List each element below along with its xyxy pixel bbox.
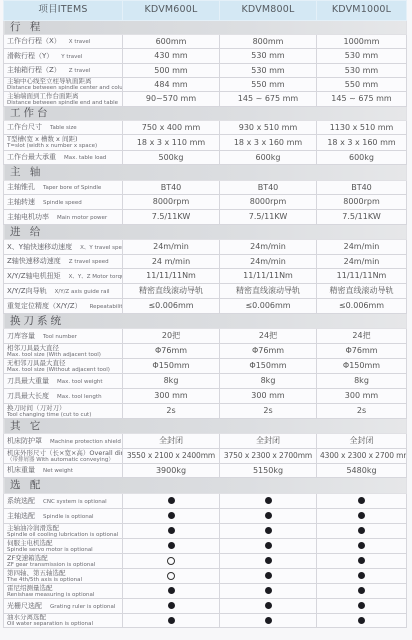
value-cell: 11/11/11Nm xyxy=(220,269,317,284)
label-en: Max. table load xyxy=(64,155,106,161)
table-row: 伺服主电机选配Spindle servo motor is optional xyxy=(4,539,407,554)
label-cn: 刀具最大重量 xyxy=(7,377,49,385)
section-feed: 进 给 xyxy=(4,225,407,240)
option-cell xyxy=(123,524,220,539)
value-cell: ≤0.006mm xyxy=(317,299,407,314)
row-label: 伺服主电机选配Spindle servo motor is optional xyxy=(4,539,123,554)
value-cell: 8kg xyxy=(317,374,407,389)
option-cell xyxy=(317,494,407,509)
standard-dot-icon xyxy=(358,572,365,579)
row-label: 系统选配CNC system is optional xyxy=(4,494,123,509)
label-en: Repeatability(X/Y/Z) xyxy=(90,304,123,310)
row-label: 主轴端面到工作台面距离Distance between spindle end … xyxy=(4,92,123,107)
table-row: 工作台尺寸Table size750 x 400 mm930 x 510 mm1… xyxy=(4,121,407,135)
value-cell: Φ150mm xyxy=(123,359,220,374)
value-cell: 145 ~ 675 mm xyxy=(220,92,317,107)
row-label: 重复定位精度（X/Y/Z）Repeatability(X/Y/Z) xyxy=(4,299,123,314)
value-cell: 5150kg xyxy=(220,464,317,478)
standard-dot-icon xyxy=(265,602,272,609)
label-cn: 伺服主电机选配 xyxy=(7,540,119,547)
option-cell xyxy=(123,509,220,524)
standard-dot-icon xyxy=(265,512,272,519)
label-en: Max. tool size (With adjacent tool) xyxy=(7,352,119,358)
label-en: X、Y、Z Motor torque xyxy=(69,274,123,280)
table-row: 主轴油冷润滑选配Spindle oil cooling lubrication … xyxy=(4,524,407,539)
value-cell: 4300 x 2300 x 2700 mm xyxy=(317,449,407,464)
option-cell xyxy=(123,569,220,584)
row-label: 主轴箱行程（Z）Z travel xyxy=(4,64,123,78)
row-label: 刀具最大重量Max. tool weight xyxy=(4,374,123,389)
value-cell: Φ76mm xyxy=(317,344,407,359)
option-cell xyxy=(317,569,407,584)
row-label: 滑鞍行程（Y）Y travel xyxy=(4,49,123,64)
table-row: 光栅尺选配Grating ruler is optional xyxy=(4,599,407,614)
table-row: X、Y轴快速移动速度X、Y travel speed24m/min24m/min… xyxy=(4,240,407,255)
table-row: X/Y/Z向导轨X/Y/Z axis guide rail精密直线滚动导轨精密直… xyxy=(4,284,407,299)
table-row: 机床防护罩Machine protection shield全封闭全封闭全封闭 xyxy=(4,434,407,449)
standard-dot-icon xyxy=(168,602,175,609)
row-label: X/Y/Z轴电机扭矩X、Y、Z Motor torque xyxy=(4,269,123,284)
option-cell xyxy=(220,599,317,614)
value-cell: 24把 xyxy=(317,329,407,344)
label-en: Main motor power xyxy=(57,215,107,221)
row-label: 主轴锥孔Taper bore of Spindle xyxy=(4,181,123,195)
table-row: 主轴锥孔Taper bore of SpindleBT40BT40BT40 xyxy=(4,181,407,195)
label-cn: 工作台尺寸 xyxy=(7,123,42,131)
section-travel: 行 程 xyxy=(4,21,407,35)
section-toolchange: 换刀系统 xyxy=(4,314,407,329)
row-label: 工作台最大承重Max. table load xyxy=(4,151,123,165)
table-row: X/Y/Z轴电机扭矩X、Y、Z Motor torque11/11/11Nm11… xyxy=(4,269,407,284)
label-cn: 主轴转速 xyxy=(7,198,35,206)
option-cell xyxy=(220,569,317,584)
items-header: 项目ITEMS xyxy=(4,1,123,21)
value-cell: 145 ~ 675 mm xyxy=(317,92,407,107)
label-en: Z travel speed xyxy=(69,259,109,265)
option-cell xyxy=(220,614,317,628)
value-cell: 1000mm xyxy=(317,35,407,49)
value-cell: 484 mm xyxy=(123,78,220,92)
option-cell xyxy=(317,539,407,554)
standard-dot-icon xyxy=(358,557,365,564)
label-cn: 系统选配 xyxy=(7,497,35,505)
standard-dot-icon xyxy=(168,527,175,534)
value-cell: 600kg xyxy=(317,151,407,165)
section-title: 选 配 xyxy=(4,478,407,494)
value-cell: 24m/min xyxy=(220,240,317,255)
value-cell: 300 mm xyxy=(123,389,220,404)
standard-dot-icon xyxy=(168,542,175,549)
section-title: 行 程 xyxy=(4,21,407,35)
label-en: Max. tool size (Without adjacent tool) xyxy=(7,367,119,373)
label-en: Distance between spindle end and table xyxy=(7,100,119,106)
label-cn: 光栅尺选配 xyxy=(7,602,42,610)
row-label: 主轴转速Spindle speed xyxy=(4,195,123,210)
standard-dot-icon xyxy=(265,617,272,624)
label-cn: 机床重量 xyxy=(7,466,35,474)
option-cell xyxy=(123,584,220,599)
option-cell xyxy=(317,524,407,539)
model-header-2: KDVM800L xyxy=(220,1,317,21)
standard-dot-icon xyxy=(168,512,175,519)
standard-dot-icon xyxy=(168,497,175,504)
label-en: Tool number xyxy=(43,334,77,340)
value-cell: 7.5/11KW xyxy=(317,210,407,225)
section-title: 其 它 xyxy=(4,419,407,434)
label-cn: 主轴锥孔 xyxy=(7,183,35,191)
table-row: 换刀时间（刀对刀）Tool changing time (cut to cut)… xyxy=(4,404,407,419)
table-row: 主轴选配Spindle is optional xyxy=(4,509,407,524)
row-label: T型槽(宽 x 槽数 x 间距)T=slot (width x number x… xyxy=(4,135,123,151)
option-cell xyxy=(123,554,220,569)
row-label: 相邻刀具最大直径Max. tool size (With adjacent to… xyxy=(4,344,123,359)
label-en: Y travel xyxy=(61,54,82,60)
row-label: 主轴中心线至立柱导轨面距离Distance between spindle ce… xyxy=(4,78,123,92)
label-en: Spindle oil cooling lubrication is optio… xyxy=(7,532,119,538)
row-label: 第四轴、第五轴选配The 4th/5th axis is optional xyxy=(4,569,123,584)
value-cell: 24 m/min xyxy=(123,255,220,269)
option-cell xyxy=(317,614,407,628)
label-cn: 主轴选配 xyxy=(7,512,35,520)
value-cell: 600mm xyxy=(123,35,220,49)
table-row: 刀库容量Tool number20把24把24把 xyxy=(4,329,407,344)
value-cell: 24m/min xyxy=(317,240,407,255)
standard-dot-icon xyxy=(265,527,272,534)
value-cell: 530 mm xyxy=(220,49,317,64)
value-cell: 18 x 3 x 160 mm xyxy=(317,135,407,151)
value-cell: 全封闭 xyxy=(220,434,317,449)
row-label: 工作台行程（X）X travel xyxy=(4,35,123,49)
value-cell: 18 x 3 x 160 mm xyxy=(220,135,317,151)
standard-dot-icon xyxy=(358,497,365,504)
table-row: 刀具最大重量Max. tool weight8kg8kg8kg xyxy=(4,374,407,389)
value-cell: 5480kg xyxy=(317,464,407,478)
option-cell xyxy=(220,524,317,539)
option-cell xyxy=(220,554,317,569)
value-cell: BT40 xyxy=(220,181,317,195)
table-row: ZF变速箱选配ZF gear transmission is optional xyxy=(4,554,407,569)
label-cn: 机床外形尺寸（长×宽×高）Overall dimension(L×W×H) xyxy=(7,450,119,457)
label-cn: 刀具最大长度 xyxy=(7,392,49,400)
option-cell xyxy=(123,494,220,509)
value-cell: 8kg xyxy=(123,374,220,389)
label-cn: 滑鞍行程（Y） xyxy=(7,52,53,60)
value-cell: 3750 x 2300 x 2700mm xyxy=(220,449,317,464)
option-cell xyxy=(220,539,317,554)
header-row: 项目ITEMS KDVM600L KDVM800L KDVM1000L xyxy=(4,1,407,21)
standard-dot-icon xyxy=(265,587,272,594)
label-cn: Z轴快速移动速度 xyxy=(7,257,61,265)
table-row: 机床重量Net weight3900kg5150kg5480kg xyxy=(4,464,407,478)
label-cn: X、Y轴快速移动速度 xyxy=(7,243,72,251)
standard-dot-icon xyxy=(358,527,365,534)
value-cell: 750 x 400 mm xyxy=(123,121,220,135)
value-cell: 8kg xyxy=(220,374,317,389)
spec-table: 项目ITEMS KDVM600L KDVM800L KDVM1000L 行 程工… xyxy=(3,0,407,628)
row-label: 无相邻刀具最大直径Max. tool size (Without adjacen… xyxy=(4,359,123,374)
value-cell: 7.5/11KW xyxy=(123,210,220,225)
label-cn: 工作台最大承重 xyxy=(7,153,56,161)
value-cell: 全封闭 xyxy=(123,434,220,449)
section-title: 主 轴 xyxy=(4,165,407,181)
row-label: 雷尼绍测量选配Renishaw measuring is optional xyxy=(4,584,123,599)
label-en: X/Y/Z axis guide rail xyxy=(55,289,110,295)
label-cn: 重复定位精度（X/Y/Z） xyxy=(7,302,82,310)
value-cell: 24m/min xyxy=(220,255,317,269)
value-cell: ≤0.006mm xyxy=(220,299,317,314)
label-en: （带排屑器 With automatic conveying） xyxy=(7,457,119,463)
label-cn: 主轴中心线至立柱导轨面距离 xyxy=(7,78,119,85)
value-cell: 550 mm xyxy=(220,78,317,92)
label-en: Z travel xyxy=(69,68,90,74)
option-cell xyxy=(317,509,407,524)
label-cn: 刀库容量 xyxy=(7,332,35,340)
table-row: 系统选配CNC system is optional xyxy=(4,494,407,509)
label-en: Max. tool weight xyxy=(57,379,103,385)
row-label: 机床防护罩Machine protection shield xyxy=(4,434,123,449)
value-cell: Φ76mm xyxy=(123,344,220,359)
label-cn: 相邻刀具最大直径 xyxy=(7,345,119,352)
label-cn: T型槽(宽 x 槽数 x 间距) xyxy=(7,136,119,143)
row-label: 光栅尺选配Grating ruler is optional xyxy=(4,599,123,614)
table-row: 油水分离选配Oil water separation is optional xyxy=(4,614,407,628)
standard-dot-icon xyxy=(168,587,175,594)
section-table: 工作台 xyxy=(4,107,407,121)
optional-circle-icon xyxy=(167,557,175,565)
option-cell xyxy=(317,584,407,599)
table-row: 机床外形尺寸（长×宽×高）Overall dimension(L×W×H)（带排… xyxy=(4,449,407,464)
row-label: 主轴油冷润滑选配Spindle oil cooling lubrication … xyxy=(4,524,123,539)
value-cell: 2s xyxy=(317,404,407,419)
value-cell: 530 mm xyxy=(317,64,407,78)
value-cell: 24把 xyxy=(220,329,317,344)
standard-dot-icon xyxy=(168,617,175,624)
label-en: X、Y travel speed xyxy=(80,245,122,251)
label-cn: 第四轴、第五轴选配 xyxy=(7,570,119,577)
label-cn: X/Y/Z向导轨 xyxy=(7,287,47,295)
table-row: 重复定位精度（X/Y/Z）Repeatability(X/Y/Z)≤0.006m… xyxy=(4,299,407,314)
table-row: 相邻刀具最大直径Max. tool size (With adjacent to… xyxy=(4,344,407,359)
value-cell: 600kg xyxy=(220,151,317,165)
table-row: 无相邻刀具最大直径Max. tool size (Without adjacen… xyxy=(4,359,407,374)
section-options: 选 配 xyxy=(4,478,407,494)
standard-dot-icon xyxy=(265,542,272,549)
label-en: The 4th/5th axis is optional xyxy=(7,577,119,583)
row-label: ZF变速箱选配ZF gear transmission is optional xyxy=(4,554,123,569)
table-row: Z轴快速移动速度Z travel speed24 m/min24m/min24m… xyxy=(4,255,407,269)
standard-dot-icon xyxy=(265,572,272,579)
section-other: 其 它 xyxy=(4,419,407,434)
value-cell: 11/11/11Nm xyxy=(123,269,220,284)
row-label: 换刀时间（刀对刀）Tool changing time (cut to cut) xyxy=(4,404,123,419)
table-row: 主轴转速Spindle speed8000rpm8000rpm8000rpm xyxy=(4,195,407,210)
label-cn: 主轴端面到工作台面距离 xyxy=(7,93,119,100)
label-cn: 主轴箱行程（Z） xyxy=(7,66,61,74)
value-cell: 550 mm xyxy=(317,78,407,92)
value-cell: 530 mm xyxy=(220,64,317,78)
value-cell: 930 x 510 mm xyxy=(220,121,317,135)
value-cell: 20把 xyxy=(123,329,220,344)
table-row: 刀具最大长度Max. tool length300 mm300 mm300 mm xyxy=(4,389,407,404)
value-cell: 430 mm xyxy=(123,49,220,64)
value-cell: 全封闭 xyxy=(317,434,407,449)
standard-dot-icon xyxy=(265,557,272,564)
value-cell: 300 mm xyxy=(220,389,317,404)
table-row: 主轴电机功率Main motor power7.5/11KW7.5/11KW7.… xyxy=(4,210,407,225)
row-label: 工作台尺寸Table size xyxy=(4,121,123,135)
table-row: 工作台最大承重Max. table load500kg600kg600kg xyxy=(4,151,407,165)
value-cell: BT40 xyxy=(317,181,407,195)
value-cell: Φ76mm xyxy=(220,344,317,359)
option-cell xyxy=(317,554,407,569)
value-cell: 2s xyxy=(220,404,317,419)
label-cn: 主轴电机功率 xyxy=(7,213,49,221)
value-cell: 3900kg xyxy=(123,464,220,478)
value-cell: 24m/min xyxy=(317,255,407,269)
value-cell: 11/11/11Nm xyxy=(317,269,407,284)
label-en: Machine protection shield xyxy=(50,439,121,445)
value-cell: Φ150mm xyxy=(317,359,407,374)
value-cell: 精密直线滚动导轨 xyxy=(220,284,317,299)
table-row: 主轴箱行程（Z）Z travel500 mm530 mm530 mm xyxy=(4,64,407,78)
label-en: Grating ruler is optional xyxy=(50,604,115,610)
model-header-1: KDVM600L xyxy=(123,1,220,21)
option-cell xyxy=(317,599,407,614)
label-en: Spindle is optional xyxy=(43,514,94,520)
label-cn: 主轴油冷润滑选配 xyxy=(7,525,119,532)
row-label: 主轴选配Spindle is optional xyxy=(4,509,123,524)
model-header-3: KDVM1000L xyxy=(317,1,407,21)
table-row: 主轴端面到工作台面距离Distance between spindle end … xyxy=(4,92,407,107)
option-cell xyxy=(220,584,317,599)
label-cn: 工作台行程（X） xyxy=(7,37,61,45)
standard-dot-icon xyxy=(265,497,272,504)
label-cn: 雷尼绍测量选配 xyxy=(7,585,119,592)
value-cell: Φ150mm xyxy=(220,359,317,374)
section-title: 进 给 xyxy=(4,225,407,240)
row-label: X/Y/Z向导轨X/Y/Z axis guide rail xyxy=(4,284,123,299)
table-row: 滑鞍行程（Y）Y travel430 mm530 mm530 mm xyxy=(4,49,407,64)
value-cell: 8000rpm xyxy=(220,195,317,210)
label-en: ZF gear transmission is optional xyxy=(7,562,119,568)
option-cell xyxy=(123,599,220,614)
row-label: 刀具最大长度Max. tool length xyxy=(4,389,123,404)
standard-dot-icon xyxy=(358,542,365,549)
row-label: 主轴电机功率Main motor power xyxy=(4,210,123,225)
standard-dot-icon xyxy=(358,617,365,624)
row-label: X、Y轴快速移动速度X、Y travel speed xyxy=(4,240,123,255)
row-label: 油水分离选配Oil water separation is optional xyxy=(4,614,123,628)
label-en: Max. tool length xyxy=(57,394,102,400)
value-cell: 24m/min xyxy=(123,240,220,255)
label-en: Distance between spindle center and colu… xyxy=(7,85,119,91)
option-cell xyxy=(123,614,220,628)
label-en: Spindle servo motor is optional xyxy=(7,547,119,553)
spec-sheet: 项目ITEMS KDVM600L KDVM800L KDVM1000L 行 程工… xyxy=(3,0,406,628)
standard-dot-icon xyxy=(358,587,365,594)
value-cell: 2s xyxy=(123,404,220,419)
section-title: 换刀系统 xyxy=(4,314,407,329)
label-en: T=slot (width x number x space) xyxy=(7,143,119,149)
section-title: 工作台 xyxy=(4,107,407,121)
value-cell: 300 mm xyxy=(317,389,407,404)
value-cell: 800mm xyxy=(220,35,317,49)
option-cell xyxy=(123,539,220,554)
row-label: 刀库容量Tool number xyxy=(4,329,123,344)
label-en: Net weight xyxy=(43,468,73,474)
table-row: 工作台行程（X）X travel600mm800mm1000mm xyxy=(4,35,407,49)
label-en: Table size xyxy=(50,125,77,131)
value-cell: 精密直线滚动导轨 xyxy=(317,284,407,299)
label-cn: 换刀时间（刀对刀） xyxy=(7,405,119,412)
value-cell: 500 mm xyxy=(123,64,220,78)
table-row: 雷尼绍测量选配Renishaw measuring is optional xyxy=(4,584,407,599)
label-cn: 油水分离选配 xyxy=(7,614,119,621)
value-cell: BT40 xyxy=(123,181,220,195)
label-en: CNC system is optional xyxy=(43,499,107,505)
label-cn: ZF变速箱选配 xyxy=(7,555,119,562)
option-cell xyxy=(220,509,317,524)
label-en: X travel xyxy=(69,39,90,45)
value-cell: 1130 x 510 mm xyxy=(317,121,407,135)
value-cell: 7.5/11KW xyxy=(220,210,317,225)
value-cell: 8000rpm xyxy=(317,195,407,210)
label-en: Taper bore of Spindle xyxy=(43,185,101,191)
value-cell: 500kg xyxy=(123,151,220,165)
optional-circle-icon xyxy=(167,572,175,580)
value-cell: 8000rpm xyxy=(123,195,220,210)
row-label: 机床外形尺寸（长×宽×高）Overall dimension(L×W×H)（带排… xyxy=(4,449,123,464)
row-label: Z轴快速移动速度Z travel speed xyxy=(4,255,123,269)
table-row: 主轴中心线至立柱导轨面距离Distance between spindle ce… xyxy=(4,78,407,92)
label-en: Oil water separation is optional xyxy=(7,621,119,627)
standard-dot-icon xyxy=(358,512,365,519)
option-cell xyxy=(220,494,317,509)
table-row: 第四轴、第五轴选配The 4th/5th axis is optional xyxy=(4,569,407,584)
value-cell: 精密直线滚动导轨 xyxy=(123,284,220,299)
label-cn: X/Y/Z轴电机扭矩 xyxy=(7,272,61,280)
value-cell: 3550 x 2100 x 2400mm xyxy=(123,449,220,464)
value-cell: 18 x 3 x 110 mm xyxy=(123,135,220,151)
label-en: Renishaw measuring is optional xyxy=(7,592,119,598)
standard-dot-icon xyxy=(358,602,365,609)
label-cn: 机床防护罩 xyxy=(7,437,42,445)
value-cell: 530 mm xyxy=(317,49,407,64)
row-label: 机床重量Net weight xyxy=(4,464,123,478)
value-cell: ≤0.006mm xyxy=(123,299,220,314)
table-row: T型槽(宽 x 槽数 x 间距)T=slot (width x number x… xyxy=(4,135,407,151)
label-en: Tool changing time (cut to cut) xyxy=(7,412,119,418)
label-en: Spindle speed xyxy=(43,200,82,206)
label-cn: 无相邻刀具最大直径 xyxy=(7,360,119,367)
value-cell: 90~570 mm xyxy=(123,92,220,107)
section-spindle: 主 轴 xyxy=(4,165,407,181)
